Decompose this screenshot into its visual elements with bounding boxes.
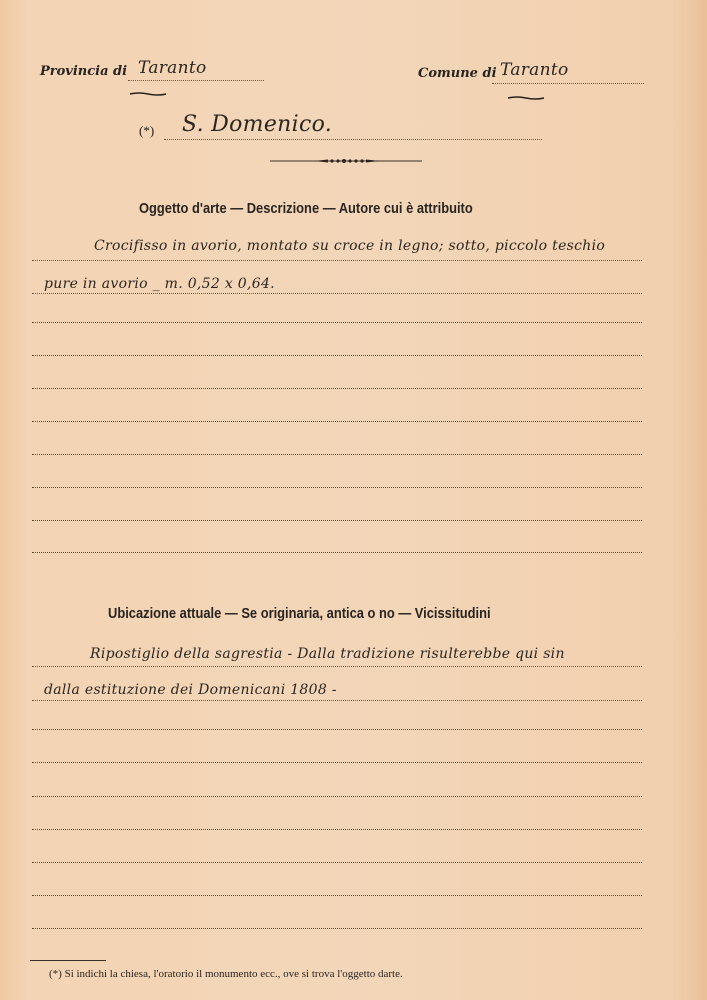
description-heading: Oggetto d'arte — Descrizione — Autore cu… — [139, 200, 473, 217]
location-ruled-line-1 — [32, 666, 642, 667]
location-ruled-line-2 — [32, 700, 642, 701]
location-line-1: Ripostiglio della sagrestia - Dalla trad… — [90, 646, 565, 662]
description-ruled-line-1 — [32, 260, 642, 261]
ornament-divider-icon — [270, 158, 422, 164]
blank-ruled-line — [32, 520, 642, 521]
blank-ruled-line — [32, 729, 642, 730]
blank-ruled-line — [32, 421, 642, 422]
blank-ruled-line — [32, 796, 642, 797]
blank-ruled-line — [32, 322, 642, 323]
description-ruled-line-2 — [32, 293, 642, 294]
blank-ruled-line — [32, 454, 642, 455]
blank-ruled-line — [32, 552, 642, 553]
comune-label: Comune di — [418, 66, 497, 81]
description-line-2: pure in avorio _ m. 0,52 x 0,64. — [44, 276, 275, 292]
location-value: S. Domenico. — [182, 112, 332, 137]
blank-ruled-line — [32, 487, 642, 488]
blank-ruled-line — [32, 388, 642, 389]
comune-field-line — [492, 83, 644, 84]
description-line-1: Crocifisso in avorio, montato su croce i… — [94, 238, 605, 254]
footnote-text: (*) Si indichi la chiesa, l'oratorio il … — [49, 968, 403, 980]
provincia-swash-icon — [130, 92, 166, 96]
blank-ruled-line — [32, 829, 642, 830]
location-line-2: dalla estituzione dei Domenicani 1808 - — [44, 682, 337, 698]
blank-ruled-line — [32, 355, 642, 356]
location-heading: Ubicazione attuale — Se originaria, anti… — [108, 605, 491, 622]
comune-swash-icon — [508, 96, 544, 100]
blank-ruled-line — [32, 762, 642, 763]
location-field-line — [164, 139, 542, 140]
provincia-label: Provincia di — [40, 64, 127, 79]
blank-ruled-line — [32, 928, 642, 929]
blank-ruled-line — [32, 895, 642, 896]
provincia-value: Taranto — [138, 58, 207, 78]
provincia-field-line — [128, 80, 264, 81]
location-marker: (*) — [139, 123, 154, 139]
blank-ruled-line — [32, 862, 642, 863]
comune-value: Taranto — [500, 60, 569, 80]
footnote-divider — [30, 960, 106, 961]
